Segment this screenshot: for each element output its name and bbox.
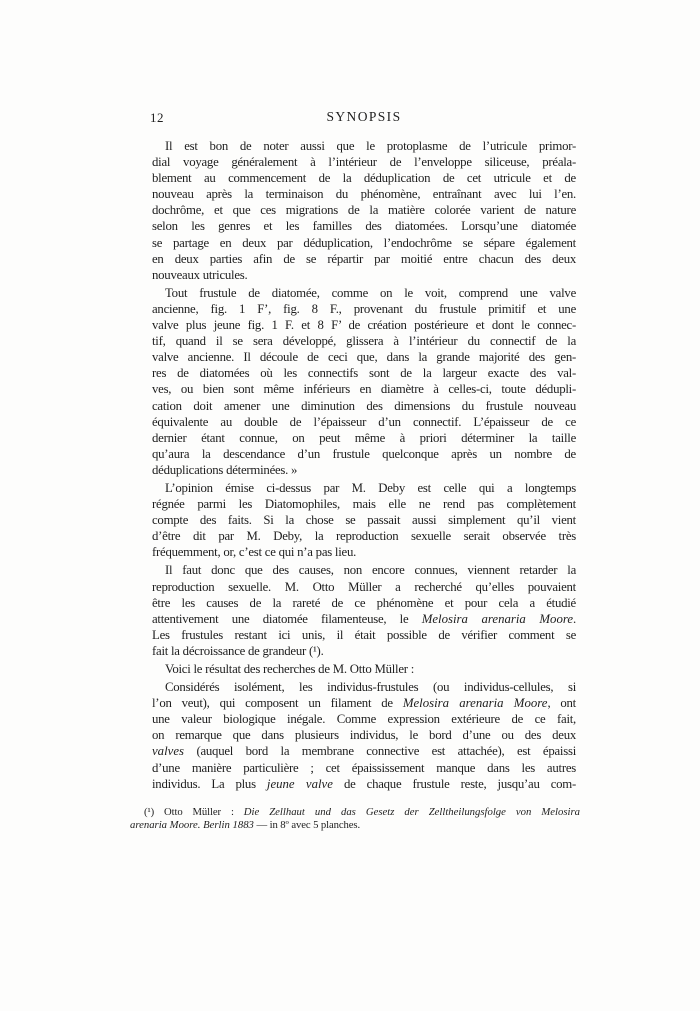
text-line: Les frustules restant ici unis, il était… (152, 627, 576, 643)
text-line: dochrôme, et que ces migrations de la ma… (152, 202, 576, 218)
text-line: dial voyage généralement à l’intérieur d… (152, 154, 576, 170)
text-line: d’être dit par M. Deby, la reproduction … (152, 528, 576, 544)
paragraph: Voici le résultat des recherches de M. O… (152, 661, 576, 677)
book-page: 12 SYNOPSIS Il est bon de noter aussi qu… (0, 0, 700, 1011)
text-line: selon les genres et les familles des dia… (152, 218, 576, 234)
text-line: Considérés isolément, les individus-frus… (152, 679, 576, 695)
text-line: res de diatomées où les connectifs sont … (152, 365, 576, 381)
text-line: Tout frustule de diatomée, comme on le v… (152, 285, 576, 301)
text-line: d’une manière particulière ; cet épaissi… (152, 760, 576, 776)
text-line: l’on veut), qui composent un filament de… (152, 695, 576, 711)
text-line: tif, quand il se sera développé, glisser… (152, 333, 576, 349)
paragraph: Tout frustule de diatomée, comme on le v… (152, 285, 576, 478)
text-line: valve plus jeune fig. 1 F. et 8 F’ de cr… (152, 317, 576, 333)
text-line: nouveaux utricules. (152, 267, 576, 283)
footnote: (¹) Otto Müller : Die Zellhaut und das G… (130, 806, 580, 832)
text-line: fréquemment, or, c’est ce qui n’a pas li… (152, 544, 576, 560)
text-line: cation doit amener une diminution des di… (152, 398, 576, 414)
text-line: ves, ou bien sont même inférieurs en dia… (152, 381, 576, 397)
text-line: blement au commencement de la déduplicat… (152, 170, 576, 186)
text-line: équivalente au double de l’épaisseur d’u… (152, 414, 576, 430)
paragraph: Il faut donc que des causes, non encore … (152, 562, 576, 659)
text-line: une valeur biologique inégale. Comme exp… (152, 711, 576, 727)
text-line: valves (auquel bord la membrane connecti… (152, 743, 576, 759)
paragraph: (¹) Otto Müller : Die Zellhaut und das G… (130, 806, 580, 832)
text-line: L’opinion émise ci-dessus par M. Deby es… (152, 480, 576, 496)
text-line: nouveau après la terminaison du phénomèn… (152, 186, 576, 202)
text-line: Il faut donc que des causes, non encore … (152, 562, 576, 578)
text-line: ancienne, fig. 1 F’, fig. 8 F., provenan… (152, 301, 576, 317)
text-line: être les causes de la rareté de ce phéno… (152, 595, 576, 611)
text-line: on remarque que dans plusieurs individus… (152, 727, 576, 743)
text-line: fait la décroissance de grandeur (¹). (152, 643, 576, 659)
text-line: déduplications déterminées. » (152, 462, 576, 478)
text-line: Il est bon de noter aussi que le protopl… (152, 138, 576, 154)
text-block: Il est bon de noter aussi que le protopl… (152, 138, 576, 792)
running-title: SYNOPSIS (152, 109, 576, 125)
text-line: compte des faits. Si la chose se passait… (152, 512, 576, 528)
paragraph: Considérés isolément, les individus-frus… (152, 679, 576, 792)
text-line: se partage en deux par déduplication, l’… (152, 235, 576, 251)
text-line: valve ancienne. Il découle de ceci que, … (152, 349, 576, 365)
paragraph: L’opinion émise ci-dessus par M. Deby es… (152, 480, 576, 560)
text-line: dernier étant connue, on peut même à pri… (152, 430, 576, 446)
text-line: (¹) Otto Müller : Die Zellhaut und das G… (130, 806, 580, 819)
paragraph: Il est bon de noter aussi que le protopl… (152, 138, 576, 283)
text-line: régnée parmi les Diatomophiles, mais ell… (152, 496, 576, 512)
text-line: individus. La plus jeune valve de chaque… (152, 776, 576, 792)
text-line: arenaria Moore. Berlin 1883 — in 8º avec… (130, 819, 580, 832)
text-line: en deux parties afin de se répartir par … (152, 251, 576, 267)
text-line: reproduction sexuelle. M. Otto Müller a … (152, 579, 576, 595)
text-line: attentivement une diatomée filamenteuse,… (152, 611, 576, 627)
text-line: qu’aura la descendance d’un frustule que… (152, 446, 576, 462)
text-line: Voici le résultat des recherches de M. O… (152, 661, 576, 677)
